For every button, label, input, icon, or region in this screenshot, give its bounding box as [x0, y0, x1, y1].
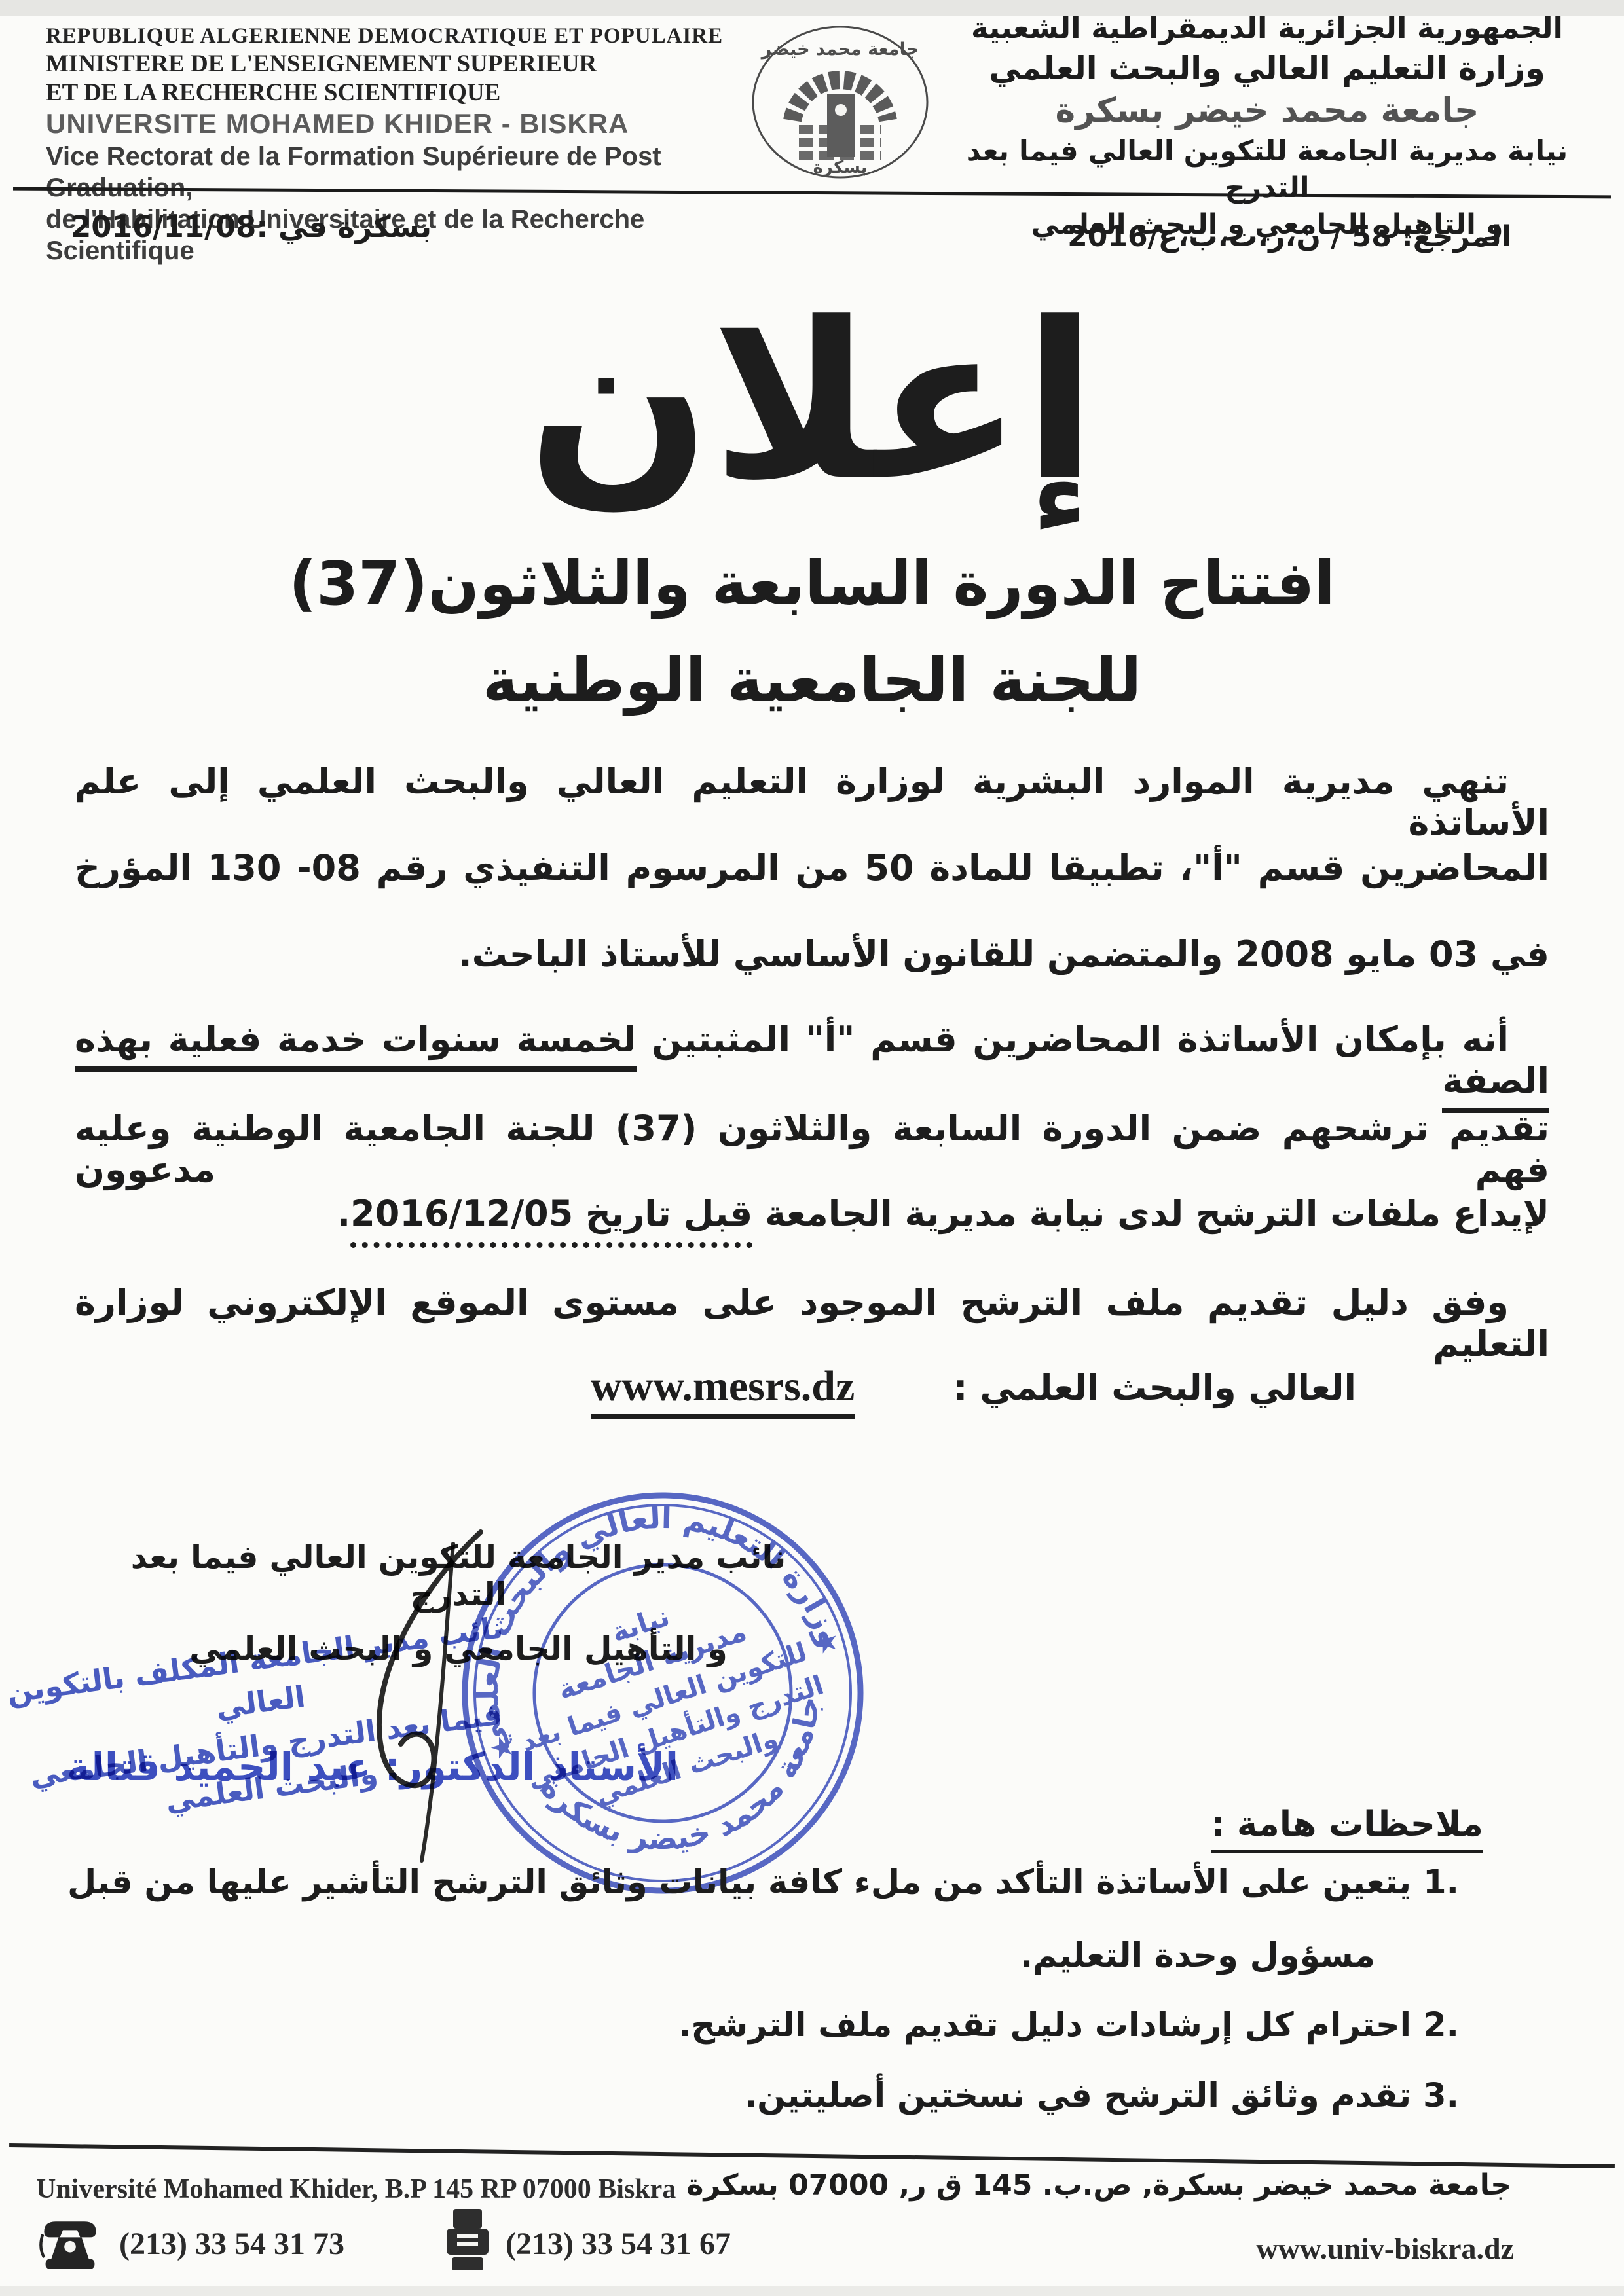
note-item-1-line1: 1.يتعين على الأساتذة التأكد من ملء كافة … — [67, 1863, 1459, 1902]
handwritten-signature — [305, 1520, 521, 1874]
note-1-text: يتعين على الأساتذة التأكد من ملء كافة بي… — [67, 1863, 1411, 1902]
paragraph3-line2: العالي والبحث العلمي : www.mesrs.dz — [75, 1367, 1549, 1446]
ministry-website-url: www.mesrs.dz — [591, 1362, 855, 1419]
university-name-fr: UNIVERSITE MOHAMED KHIDER - BISKRA — [46, 107, 766, 140]
note-item-2: 2.احترام كل إرشادات دليل تقديم ملف الترش… — [678, 2006, 1459, 2045]
announcement-title: إعلان — [0, 267, 1624, 538]
footer-website-url: www.univ-biskra.dz — [1256, 2231, 1514, 2266]
announcement-subtitle-2: للجنة الجامعية الوطنية — [0, 646, 1624, 716]
logo-ring-top-text: جامعة محمد خيضر — [760, 39, 919, 60]
paragraph1-line1: تنهي مديرية الموارد البشرية لوزارة التعل… — [75, 761, 1549, 843]
paragraph1-line3: في 03 مايو 2008 والمتضمن للقانون الأساسي… — [75, 934, 1549, 975]
ministry-line-ar: وزارة التعليم العالي والبحث العلمي — [943, 48, 1591, 90]
paragraph2-line3-period: . — [337, 1193, 351, 1234]
paragraph1-line2-end: ، تطبيقا للمادة 50 من المرسوم التنفيذي ر… — [75, 847, 1193, 888]
footer-telephone-number: (213) 33 54 31 73 — [119, 2226, 344, 2262]
paragraph3-line2-arabic: العالي والبحث العلمي : — [953, 1367, 1356, 1408]
scanner-edge-bottom — [0, 2286, 1624, 2296]
notes-title: ملاحظات هامة : — [1211, 1804, 1483, 1853]
university-name-ar: جامعة محمد خيضر بسكرة — [943, 89, 1591, 134]
logo-ring-bottom-text: بسكرة — [813, 158, 868, 177]
footer-address-arabic: جامعة محمد خيضر بسكرة, ص.ب. 145 ق ر, 070… — [687, 2168, 1511, 2202]
city-date-label: بسكرة في : — [256, 210, 432, 244]
deadline-label: قبل تاريخ — [573, 1193, 752, 1234]
paragraph1-line2: المحاضرين قسم "أ"، تطبيقا للمادة 50 من ا… — [75, 847, 1549, 888]
university-logo: جامعة محمد خيضر بسكرة — [739, 17, 942, 186]
note-1-number: 1. — [1423, 1863, 1459, 1902]
fax-icon — [437, 2204, 498, 2276]
note-item-1-line2: مسؤول وحدة التعليم. — [1020, 1937, 1375, 1975]
paragraph2-line3-start: لإيداع ملفات الترشح لدى نيابة مديرية الج… — [752, 1193, 1549, 1234]
note-item-3: 3.تقدم وثائق الترشح في نسختين أصليتين. — [745, 2077, 1459, 2115]
footer-address-french: Université Mohamed Khider, B.P 145 RP 07… — [36, 2174, 676, 2205]
deadline-emphasis: قبل تاريخ 2016/12/05 — [350, 1193, 752, 1248]
paragraph3-line1: وفق دليل تقديم ملف الترشح الموجود على مس… — [75, 1282, 1549, 1364]
note-3-text: تقدم وثائق الترشح في نسختين أصليتين. — [745, 2077, 1411, 2115]
scanned-announcement-page: REPUBLIQUE ALGERIENNE DEMOCRATIQUE ET PO… — [0, 0, 1624, 2296]
signatory-name: الأستاذ الدكتور: عبد الحميد قتالة — [67, 1744, 678, 1789]
note-2-number: 2. — [1423, 2006, 1459, 2045]
vice-rectorat-line1-fr: Vice Rectorat de la Formation Supérieure… — [46, 141, 766, 204]
republic-line-fr: REPUBLIQUE ALGERIENNE DEMOCRATIQUE ET PO… — [46, 24, 766, 50]
footer-separator-line — [9, 2143, 1615, 2168]
ministry-line2-fr: ET DE LA RECHERCHE SCIENTIFIQUE — [46, 79, 766, 107]
city-date: بسكرة في :2016/11/08 — [71, 210, 432, 244]
ministry-line1-fr: MINISTERE DE L'ENSEIGNEMENT SUPERIEUR — [46, 50, 766, 79]
paragraph2-line1-start: أنه بإمكان الأساتذة المحاضرين قسم "أ" ال… — [637, 1019, 1509, 1060]
paragraph1-line2-start: المحاضرين — [1344, 847, 1549, 888]
republic-line-ar: الجمهورية الجزائرية الديمقراطية الشعبية — [943, 9, 1591, 48]
paragraph2-line1: أنه بإمكان الأساتذة المحاضرين قسم "أ" ال… — [75, 1019, 1549, 1101]
section-a-emphasis: قسم "أ" — [1193, 847, 1344, 888]
announcement-subtitle-1: افتتاح الدورة السابعة والثلاثون(37) — [0, 549, 1624, 619]
footer-fax-number: (213) 33 54 31 67 — [506, 2226, 731, 2262]
telephone-icon — [34, 2205, 106, 2278]
note-3-number: 3. — [1423, 2077, 1459, 2115]
paragraph2-line3: لإيداع ملفات الترشح لدى نيابة مديرية الج… — [75, 1193, 1549, 1234]
note-2-text: احترام كل إرشادات دليل تقديم ملف الترشح. — [678, 2006, 1411, 2045]
deadline-date: 2016/12/05 — [350, 1193, 573, 1234]
reference-number: المرجع: 58 / ن،ر،ت،ب،ع/2016 — [1067, 220, 1511, 253]
paragraph2-line2: تقديم ترشحهم ضمن الدورة السابعة والثلاثو… — [75, 1108, 1549, 1190]
header-arabic-block: الجمهورية الجزائرية الديمقراطية الشعبية … — [943, 9, 1591, 243]
city-date-value: 2016/11/08 — [71, 210, 256, 244]
